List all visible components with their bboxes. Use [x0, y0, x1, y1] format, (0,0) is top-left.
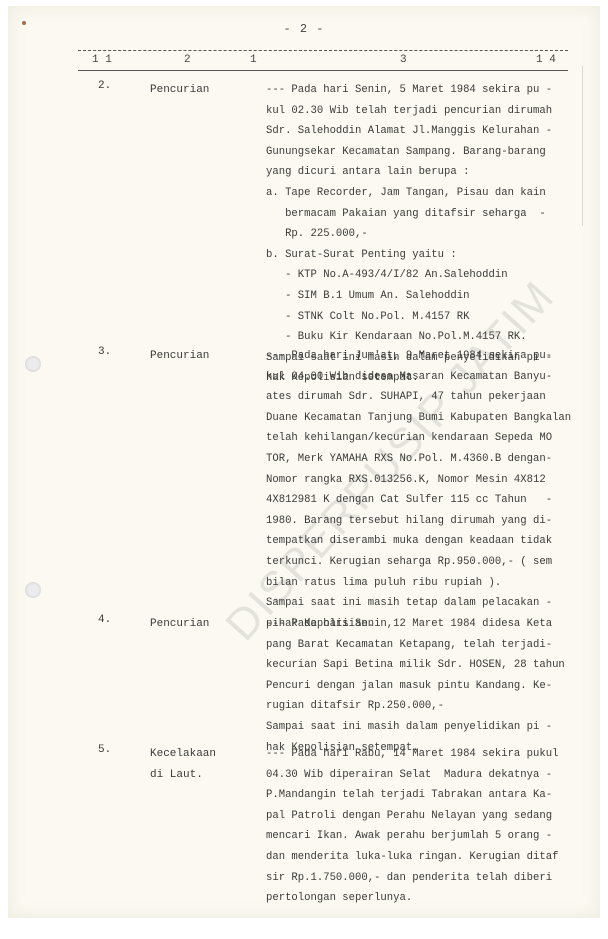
entry-category-line: Pencurian: [150, 80, 209, 101]
page-number: - 2 -: [8, 22, 600, 36]
description-line: rugian ditafsir Rp.250.000,-: [266, 696, 576, 717]
entry-category-line: Kecelakaan: [150, 744, 216, 765]
description-line: kul 04.00 Wib didesa Masaran Kecamatan B…: [266, 367, 576, 388]
description-line: Sampai saat ini masih tetap dalam pelaca…: [266, 593, 576, 614]
description-line: --- Pada hari Senin, 5 Maret 1984 sekira…: [266, 80, 576, 101]
entry-category-line: Pencurian: [150, 346, 209, 367]
entry-description: --- Pada hari Jum'at, 9 Maret 1984 sekir…: [266, 346, 576, 634]
description-line: Sdr. Salehoddin Alamat Jl.Manggis Kelura…: [266, 121, 576, 142]
description-line: pertolongan seperlunya.: [266, 888, 576, 909]
description-line: - STNK Colt No.Pol. M.4157 RK: [266, 307, 576, 328]
description-line: 1980. Barang tersebut hilang dirumah yan…: [266, 511, 576, 532]
description-line: Duane Kecamatan Tanjung Bumi Kabupaten B…: [266, 408, 576, 429]
description-line: kul 02.30 Wib telah terjadi pencurian di…: [266, 101, 576, 122]
punch-hole: [25, 356, 41, 372]
document-page: - 2 - 1 1 2 1 3 1 4 DISPERPUSIP JATIM 2.…: [8, 6, 600, 918]
description-line: TOR, Merk YAMAHA RXS No.Pol. M.4360.B de…: [266, 449, 576, 470]
description-line: bermacam Pakaian yang ditafsir seharga -: [266, 204, 576, 225]
description-line: Rp. 225.000,-: [266, 224, 576, 245]
entry-number: 2.: [98, 80, 111, 92]
column-header-4: 1 4: [536, 54, 556, 66]
entry-category: Pencurian: [150, 80, 209, 101]
margin-line: [582, 66, 583, 226]
entry-category: Kecelakaandi Laut.: [150, 744, 216, 786]
entry-number: 4.: [98, 614, 111, 626]
entry-description: --- Pada hari Rabu, 14 Maret 1984 sekira…: [266, 744, 576, 909]
description-line: 04.30 Wib diperairan Selat Madura dekatn…: [266, 765, 576, 786]
entry-category-line: di Laut.: [150, 765, 216, 786]
column-header-divider: 1: [250, 54, 257, 66]
description-line: tempatkan diserambi muka dengan keadaan …: [266, 531, 576, 552]
entry-number: 3.: [98, 346, 111, 358]
description-line: pal Patroli dengan Perahu Nelayan yang s…: [266, 806, 576, 827]
entry-description: --- Pada hari Senin, 5 Maret 1984 sekira…: [266, 80, 576, 389]
description-line: terkunci. Kerugian seharga Rp.950.000,- …: [266, 552, 576, 573]
description-line: telah kehilangan/kecurian kendaraan Sepe…: [266, 428, 576, 449]
entry-category: Pencurian: [150, 614, 209, 635]
description-line: kecurian Sapi Betina milik Sdr. HOSEN, 2…: [266, 655, 576, 676]
description-line: mencari Ikan. Awak perahu berjumlah 5 or…: [266, 826, 576, 847]
entry-category-line: Pencurian: [150, 614, 209, 635]
entry-number: 5.: [98, 744, 111, 756]
column-header-2: 2: [184, 54, 191, 66]
punch-hole: [25, 582, 41, 598]
description-line: a. Tape Recorder, Jam Tangan, Pisau dan …: [266, 183, 576, 204]
description-line: Pencuri dengan jalan masuk pintu Kandang…: [266, 676, 576, 697]
description-line: Nomor rangka RXS.013256.K, Nomor Mesin 4…: [266, 470, 576, 491]
entry-description: --- Pada hari Senin,12 Maret 1984 didesa…: [266, 614, 576, 758]
header-rule-top: [78, 50, 568, 51]
description-line: --- Pada hari Rabu, 14 Maret 1984 sekira…: [266, 744, 576, 765]
column-header-3: 3: [400, 54, 407, 66]
description-line: Sampai saat ini masih dalam penyelidikan…: [266, 717, 576, 738]
description-line: P.Mandangin telah terjadi Tabrakan antar…: [266, 785, 576, 806]
column-header-1: 1 1: [92, 54, 112, 66]
description-line: --- Pada hari Senin,12 Maret 1984 didesa…: [266, 614, 576, 635]
description-line: yang dicuri antara lain berupa :: [266, 162, 576, 183]
description-line: bilan ratus lima puluh ribu rupiah ).: [266, 573, 576, 594]
description-line: ates dirumah Sdr. SUHAPI, 47 tahun peker…: [266, 387, 576, 408]
description-line: - SIM B.1 Umum An. Salehoddin: [266, 286, 576, 307]
entry-category: Pencurian: [150, 346, 209, 367]
description-line: sir Rp.1.750.000,- dan penderita telah d…: [266, 868, 576, 889]
header-rule-bottom: [78, 70, 568, 71]
description-line: dan menderita luka-luka ringan. Kerugian…: [266, 847, 576, 868]
description-line: b. Surat-Surat Penting yaitu :: [266, 245, 576, 266]
description-line: - Buku Kir Kendaraan No.Pol.M.4157 RK.: [266, 327, 576, 348]
description-line: - KTP No.A-493/4/I/82 An.Salehoddin: [266, 265, 576, 286]
description-line: pang Barat Kecamatan Ketapang, telah ter…: [266, 635, 576, 656]
description-line: 4X812981 K dengan Cat Sulfer 115 cc Tahu…: [266, 490, 576, 511]
description-line: Gunungsekar Kecamatan Sampang. Barang-ba…: [266, 142, 576, 163]
description-line: --- Pada hari Jum'at, 9 Maret 1984 sekir…: [266, 346, 576, 367]
